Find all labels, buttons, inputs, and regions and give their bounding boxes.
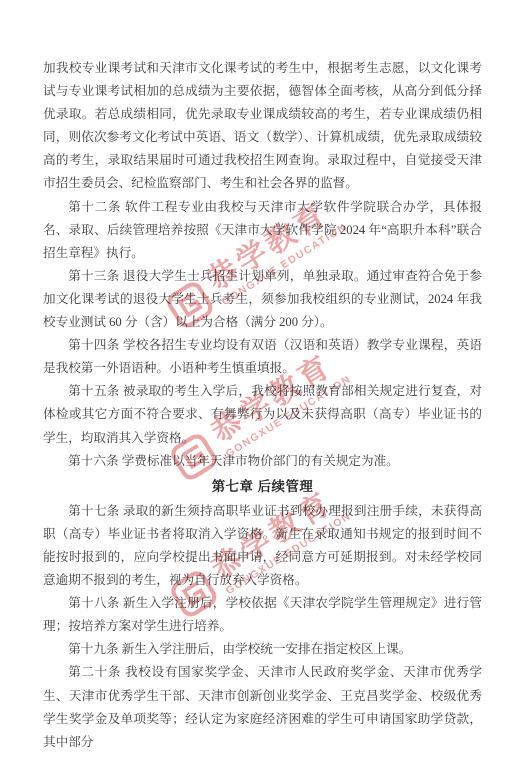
document-page: 恭学教育 GONGXUE EDUCATION 恭学教育 GONGXUE EDUC… — [0, 0, 524, 769]
paragraph: 第十七条 录取的新生须持高职毕业证书到校办理报到注册手续，未获得高职（高专）毕业… — [43, 500, 482, 592]
paragraph: 第十五条 被录取的考生入学后，我校将按照教育部相关规定进行复查，对体检或其它方面… — [43, 380, 482, 449]
document-body: 加我校专业课考试和天津市文化课考试的考生中，根据考生志愿，以文化课考试与专业课考… — [43, 57, 482, 754]
paragraph: 第十六条 学费标准以当年天津市物价部门的有关规定为准。 — [43, 450, 482, 473]
paragraph: 第十三条 退役大学生士兵招生计划单列，单独录取。通过审查符合免于参加文化课考试的… — [43, 265, 482, 334]
paragraph: 第十八条 新生入学注册后，学校依据《天津农学院学生管理规定》进行管理；按培养方案… — [43, 592, 482, 638]
paragraph: 第十二条 软件工程专业由我校与天津市大学软件学院联合办学，具体报名、录取、后续管… — [43, 196, 482, 265]
paragraph: 第十九条 新生入学注册后，由学校统一安排在指定校区上课。 — [43, 638, 482, 661]
paragraph: 第十四条 学校各招生专业均设有双语（汉语和英语）教学专业课程，英语是我校第一外语… — [43, 334, 482, 380]
paragraph: 第二十条 我校设有国家奖学金、天津市人民政府奖学金、天津市优秀学生、天津市优秀学… — [43, 661, 482, 753]
paragraph: 加我校专业课考试和天津市文化课考试的考生中，根据考生志愿，以文化课考试与专业课考… — [43, 57, 482, 196]
chapter-heading: 第七章 后续管理 — [43, 475, 482, 498]
